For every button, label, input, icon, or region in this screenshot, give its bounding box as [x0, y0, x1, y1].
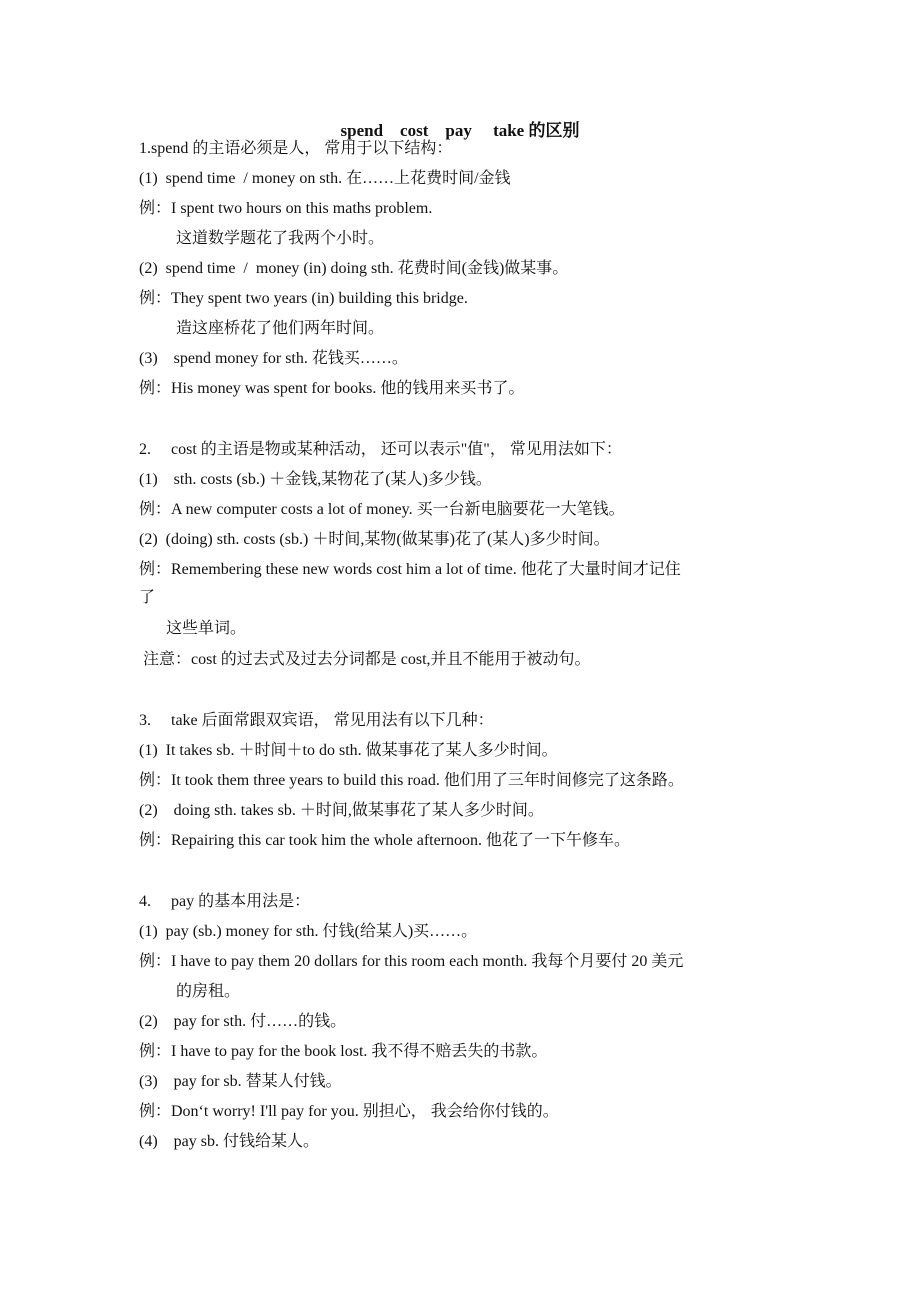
text-line: 例：His money was spent for books. 他的钱用来买书…: [139, 378, 524, 400]
text-line: (1) It takes sb. ＋时间＋to do sth. 做某事花了某人多…: [139, 740, 558, 762]
text-line: 这道数学题花了我两个小时。: [176, 228, 384, 250]
text-line: (1) spend time / money on sth. 在……上花费时间/…: [139, 168, 511, 190]
text-line: 例：It took them three years to build this…: [139, 770, 684, 792]
text-line: 例：Remembering these new words cost him a…: [139, 559, 681, 581]
text-line: (2) (doing) sth. costs (sb.) ＋时间,某物(做某事)…: [139, 529, 610, 551]
text-line: 3. take 后面常跟双宾语， 常见用法有以下几种：: [139, 710, 494, 732]
text-line: (1) pay (sb.) money for sth. 付钱(给某人)买……。: [139, 921, 477, 943]
text-line: 注意：cost 的过去式及过去分词都是 cost,并且不能用于被动句。: [143, 649, 591, 671]
text-line: 2. cost 的主语是物或某种活动， 还可以表示"值"， 常见用法如下：: [139, 439, 622, 461]
text-line: 例：They spent two years (in) building thi…: [139, 288, 468, 310]
text-line: 例：Repairing this car took him the whole …: [139, 830, 630, 852]
text-line: 4. pay 的基本用法是：: [139, 891, 310, 913]
text-line: (3) pay for sb. 替某人付钱。: [139, 1071, 342, 1093]
text-line: 例：I spent two hours on this maths proble…: [139, 198, 432, 220]
text-line: 造这座桥花了他们两年时间。: [176, 318, 384, 340]
document-page: spend cost pay take 的区别 1.spend 的主语必须是人，…: [0, 0, 920, 1302]
text-line: 例：I have to pay them 20 dollars for this…: [139, 951, 683, 973]
document-title: spend cost pay take 的区别: [0, 116, 920, 141]
text-line: (4) pay sb. 付钱给某人。: [139, 1131, 319, 1153]
text-line: 这些单词。: [166, 618, 246, 640]
text-line: 了: [139, 587, 155, 609]
text-line: 例：Don‘t worry! I'll pay for you. 别担心， 我会…: [139, 1101, 559, 1123]
text-line: (3) spend money for sth. 花钱买……。: [139, 348, 408, 370]
text-line: 例：I have to pay for the book lost. 我不得不赔…: [139, 1041, 547, 1063]
text-line: (2) pay for sth. 付……的钱。: [139, 1011, 346, 1033]
text-line: 的房租。: [176, 981, 240, 1003]
text-line: 1.spend 的主语必须是人， 常用于以下结构：: [139, 138, 452, 160]
text-line: (2) doing sth. takes sb. ＋时间,做某事花了某人多少时间…: [139, 800, 544, 822]
text-line: 例：A new computer costs a lot of money. 买…: [139, 499, 625, 521]
text-line: (1) sth. costs (sb.) ＋金钱,某物花了(某人)多少钱。: [139, 469, 492, 491]
text-line: (2) spend time / money (in) doing sth. 花…: [139, 258, 568, 280]
